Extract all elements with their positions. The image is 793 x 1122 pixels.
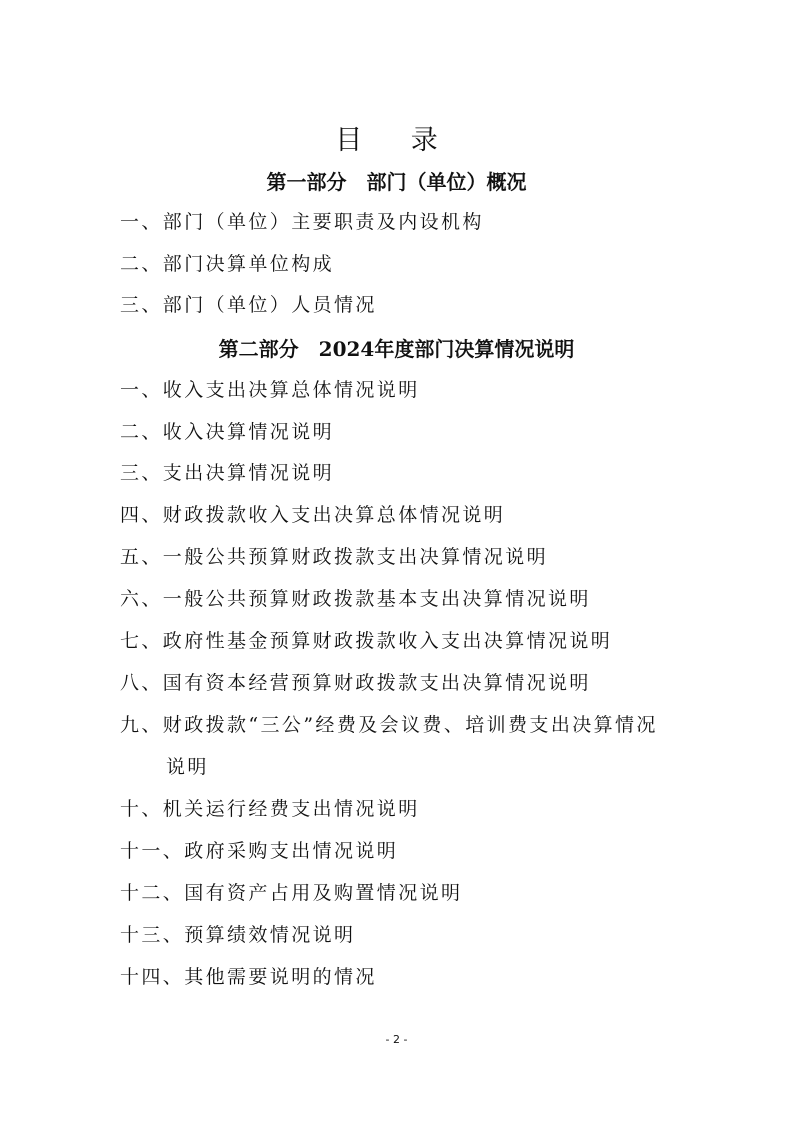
toc-item[interactable]: 十四、其他需要说明的情况 <box>120 962 377 989</box>
toc-title: 目 录 <box>0 118 793 157</box>
toc-item[interactable]: 十一、政府采购支出情况说明 <box>120 836 398 863</box>
toc-item[interactable]: 三、支出决算情况说明 <box>120 458 334 485</box>
toc-item[interactable]: 十三、预算绩效情况说明 <box>120 920 355 947</box>
toc-item[interactable]: 八、国有资本经营预算财政拨款支出决算情况说明 <box>120 668 591 695</box>
toc-item[interactable]: 五、一般公共预算财政拨款支出决算情况说明 <box>120 542 548 569</box>
part1-heading: 第一部分 部门（单位）概况 <box>0 166 793 195</box>
toc-item[interactable]: 四、财政拨款收入支出决算总体情况说明 <box>120 500 505 527</box>
page-number: - 2 - <box>0 1033 793 1046</box>
toc-item[interactable]: 二、收入决算情况说明 <box>120 417 334 444</box>
part2-heading: 第二部分 2024年度部门决算情况说明 <box>0 333 793 362</box>
toc-item[interactable]: 一、部门（单位）主要职责及内设机构 <box>120 207 484 234</box>
toc-item[interactable]: 十二、国有资产占用及购置情况说明 <box>120 878 462 905</box>
toc-item[interactable]: 二、部门决算单位构成 <box>120 249 334 276</box>
toc-item[interactable]: 十、机关运行经费支出情况说明 <box>120 794 420 821</box>
toc-item[interactable]: 三、部门（单位）人员情况 <box>120 290 377 317</box>
toc-item[interactable]: 九、财政拨款“三公”经费及会议费、培训费支出决算情况 <box>120 710 658 737</box>
toc-item[interactable]: 一、收入支出决算总体情况说明 <box>120 375 420 402</box>
toc-item[interactable]: 六、一般公共预算财政拨款基本支出决算情况说明 <box>120 584 591 611</box>
toc-item-continuation[interactable]: 说明 <box>166 752 209 779</box>
toc-item[interactable]: 七、政府性基金预算财政拨款收入支出决算情况说明 <box>120 626 612 653</box>
